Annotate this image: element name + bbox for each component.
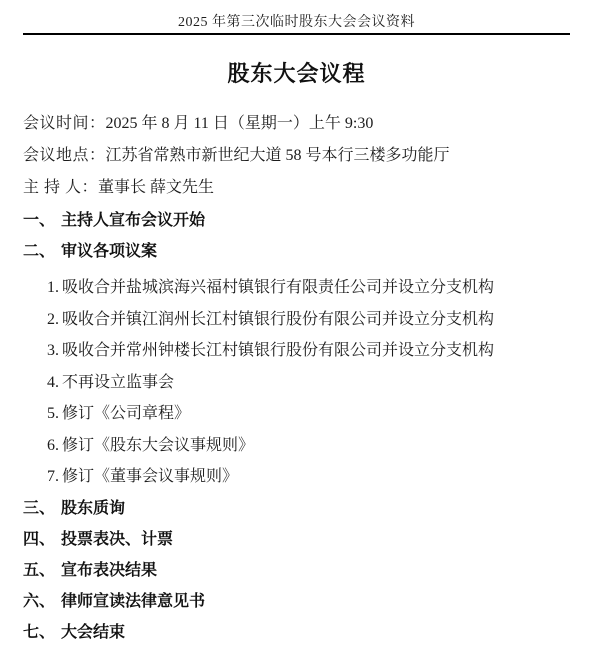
agenda-item-4-num: 四、 <box>23 531 55 548</box>
meeting-host-value: 董事长 薛文先生 <box>98 179 214 196</box>
agenda-item-3-num: 三、 <box>23 500 55 517</box>
meeting-time-line: 会议时间：2025 年 8 月 11 日（星期一）上午 9:30 <box>23 115 570 132</box>
meeting-time-label: 会议时间： <box>23 115 106 132</box>
proposal-1: 1.吸收合并盐城滨海兴福村镇银行有限责任公司并设立分支机构 <box>47 279 570 296</box>
proposal-2-num: 2. <box>47 311 59 328</box>
proposal-7: 7.修订《董事会议事规则》 <box>47 468 570 485</box>
agenda-item-4-text: 投票表决、计票 <box>61 531 173 548</box>
agenda-item-5-text: 宣布表决结果 <box>61 562 157 579</box>
meeting-info-block: 会议时间：2025 年 8 月 11 日（星期一）上午 9:30 会议地点：江苏… <box>23 115 570 196</box>
proposal-5: 5.修订《公司章程》 <box>47 405 570 422</box>
agenda-item-2-text: 审议各项议案 <box>61 243 157 260</box>
proposal-list: 1.吸收合并盐城滨海兴福村镇银行有限责任公司并设立分支机构 2.吸收合并镇江润州… <box>47 279 570 485</box>
agenda-list: 一、主持人宣布会议开始 二、审议各项议案 1.吸收合并盐城滨海兴福村镇银行有限责… <box>23 212 570 641</box>
agenda-item-2-num: 二、 <box>23 243 55 260</box>
agenda-item-3-text: 股东质询 <box>61 500 125 517</box>
page-title: 股东大会议程 <box>23 61 570 87</box>
document-page: 2025 年第三次临时股东大会会议资料 股东大会议程 会议时间：2025 年 8… <box>0 0 592 651</box>
proposal-1-text: 吸收合并盐城滨海兴福村镇银行有限责任公司并设立分支机构 <box>62 279 494 296</box>
meeting-location-line: 会议地点：江苏省常熟市新世纪大道 58 号本行三楼多功能厅 <box>23 147 570 164</box>
proposal-3-num: 3. <box>47 342 59 359</box>
proposal-7-num: 7. <box>47 468 59 485</box>
agenda-item-1-text: 主持人宣布会议开始 <box>61 212 205 229</box>
agenda-item-6-text: 律师宣读法律意见书 <box>61 593 205 610</box>
agenda-item-1-num: 一、 <box>23 212 55 229</box>
proposal-4: 4.不再设立监事会 <box>47 374 570 391</box>
agenda-item-7-num: 七、 <box>23 624 55 641</box>
header-rule-divider <box>23 33 570 35</box>
agenda-item-6-num: 六、 <box>23 593 55 610</box>
proposal-6-text: 修订《股东大会议事规则》 <box>62 437 254 454</box>
document-header-title: 2025 年第三次临时股东大会会议资料 <box>23 0 570 32</box>
agenda-item-5-num: 五、 <box>23 562 55 579</box>
agenda-item-1: 一、主持人宣布会议开始 <box>23 212 570 229</box>
meeting-host-label: 主 持 人： <box>23 179 98 196</box>
proposal-7-text: 修订《董事会议事规则》 <box>62 468 238 485</box>
agenda-item-6: 六、律师宣读法律意见书 <box>23 593 570 610</box>
meeting-location-label: 会议地点： <box>23 147 106 164</box>
agenda-item-5: 五、宣布表决结果 <box>23 562 570 579</box>
meeting-location-value: 江苏省常熟市新世纪大道 58 号本行三楼多功能厅 <box>106 147 450 164</box>
proposal-3: 3.吸收合并常州钟楼长江村镇银行股份有限公司并设立分支机构 <box>47 342 570 359</box>
proposal-3-text: 吸收合并常州钟楼长江村镇银行股份有限公司并设立分支机构 <box>62 342 494 359</box>
agenda-item-7-text: 大会结束 <box>61 624 125 641</box>
proposal-5-text: 修订《公司章程》 <box>62 405 190 422</box>
proposal-2-text: 吸收合并镇江润州长江村镇银行股份有限公司并设立分支机构 <box>62 311 494 328</box>
proposal-6: 6.修订《股东大会议事规则》 <box>47 437 570 454</box>
proposal-4-num: 4. <box>47 374 59 391</box>
agenda-item-3: 三、股东质询 <box>23 500 570 517</box>
proposal-6-num: 6. <box>47 437 59 454</box>
agenda-item-4: 四、投票表决、计票 <box>23 531 570 548</box>
proposal-5-num: 5. <box>47 405 59 422</box>
meeting-host-line: 主 持 人：董事长 薛文先生 <box>23 179 570 196</box>
proposal-1-num: 1. <box>47 279 59 296</box>
proposal-2: 2.吸收合并镇江润州长江村镇银行股份有限公司并设立分支机构 <box>47 311 570 328</box>
proposal-4-text: 不再设立监事会 <box>62 374 174 391</box>
agenda-item-2: 二、审议各项议案 <box>23 243 570 260</box>
meeting-time-value: 2025 年 8 月 11 日（星期一）上午 9:30 <box>106 115 374 132</box>
agenda-item-7: 七、大会结束 <box>23 624 570 641</box>
